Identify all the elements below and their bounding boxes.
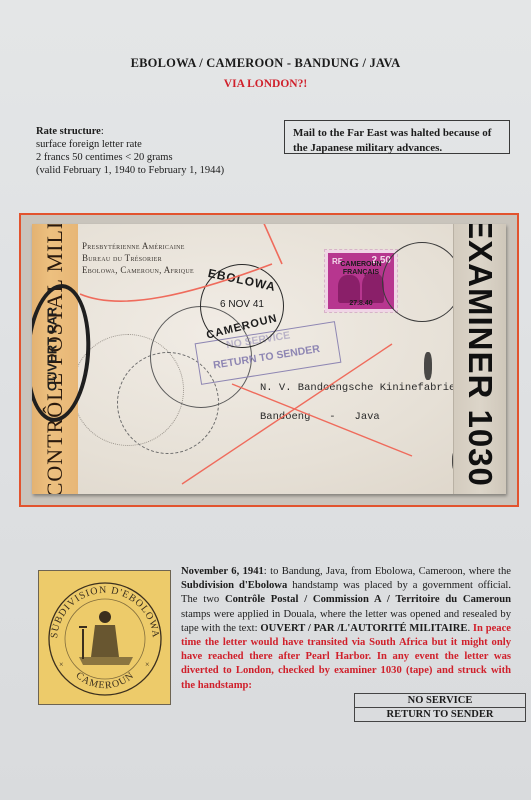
cover-date: November 6, 1941 <box>181 566 264 577</box>
page-subtitle: VIA LONDON?! <box>0 78 531 90</box>
rate-line: (valid February 1, 1940 to February 1, 1… <box>36 164 224 177</box>
desc-bold: OUVERT / PAR /L'AUTORITÉ MILITAIRE <box>260 623 467 634</box>
rate-line: 2 francs 50 centimes < 20 grams <box>36 151 224 164</box>
handstamp-line-1: NO SERVICE <box>355 694 525 707</box>
svg-text:CAMEROUN: CAMEROUN <box>73 670 136 691</box>
subdivision-seal-image: SUBDIVISION D'EBOLOWA CAMEROUN × × <box>38 570 171 705</box>
seal-icon: SUBDIVISION D'EBOLOWA CAMEROUN × × <box>39 571 170 704</box>
censor-tape-left: CONTRÔLE POSTAL MILI OUVERT PAR <box>32 224 78 494</box>
rate-line: surface foreign letter rate <box>36 138 224 151</box>
handstamp-illustration: NO SERVICE RETURN TO SENDER <box>354 693 526 722</box>
desc-text: : to Bandung, Java, from Ebolowa, Camero… <box>264 566 511 577</box>
desc-bold: Contrôle Postal / Commission A / Territo… <box>225 594 511 605</box>
page-title: EBOLOWA / CAMEROON - BANDUNG / JAVA <box>0 56 531 71</box>
handstamp-line-2: RETURN TO SENDER <box>355 707 525 721</box>
desc-bold: Subdivision d'Ebolowa <box>181 580 287 591</box>
examiner-tape: EXAMINER 1030 <box>453 224 506 494</box>
rate-structure: Rate structure: surface foreign letter r… <box>36 125 224 177</box>
cover-description: November 6, 1941: to Bandung, Java, from… <box>181 565 511 693</box>
examiner-label: EXAMINER 1030 <box>461 224 499 487</box>
envelope-cover: Presbytérienne Américaine Bureau du Trés… <box>32 224 506 494</box>
rate-heading: Rate structure <box>36 126 101 137</box>
censor-oval-text: OUVERT PAR <box>45 307 60 391</box>
svg-text:×: × <box>59 660 64 669</box>
svg-text:×: × <box>145 660 150 669</box>
notice-box: Mail to the Far East was halted because … <box>284 120 510 154</box>
red-crayon-marks <box>32 224 506 494</box>
